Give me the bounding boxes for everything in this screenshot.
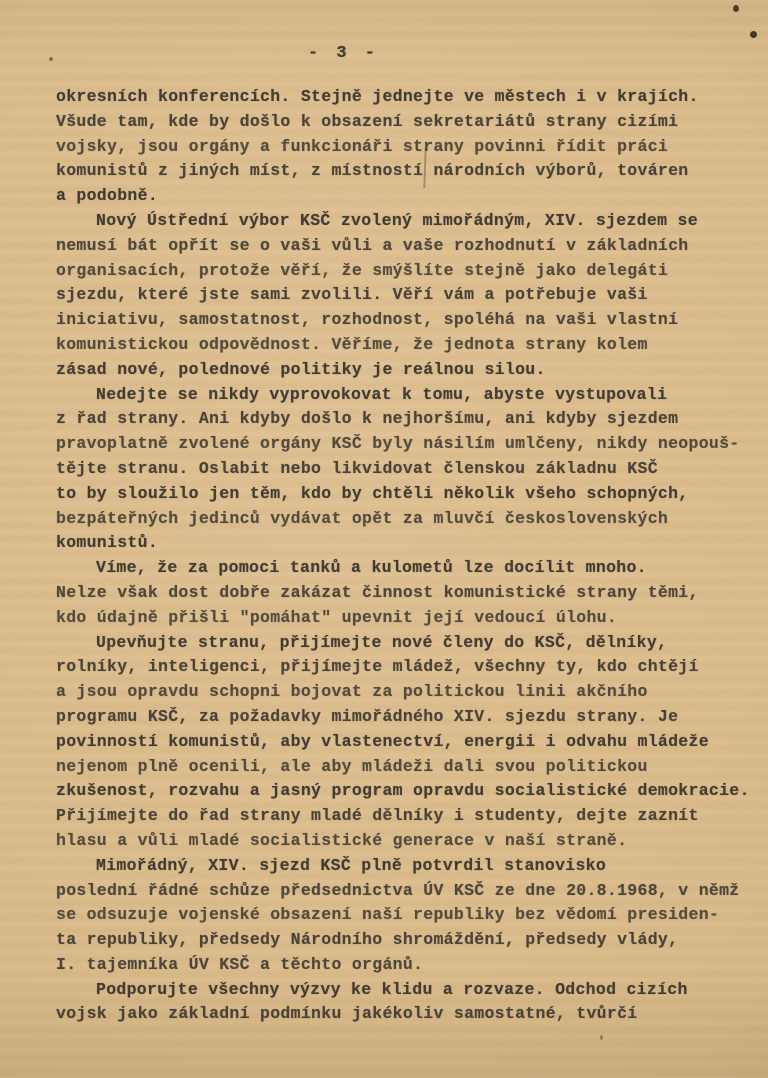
text-line: programu KSČ, za požadavky mimořádného X…	[56, 705, 762, 730]
text-line: Nový Ústřední výbor KSČ zvolený mimořádn…	[56, 209, 762, 234]
text-line: se odsuzuje vojenské obsazení naší repub…	[56, 903, 762, 928]
text-line: rolníky, inteligenci, přijímejte mládež,…	[56, 655, 762, 680]
text-line: sjezdu, které jste sami zvolili. Věří vá…	[56, 283, 762, 308]
text-line: tějte stranu. Oslabit nebo likvidovat čl…	[56, 457, 762, 482]
text-line: vojsky, jsou orgány a funkcionáři strany…	[56, 135, 762, 160]
paragraph: Podporujte všechny výzvy ke klidu a rozv…	[56, 978, 762, 1028]
text-line: komunistů z jiných míst, z místností nár…	[56, 159, 762, 184]
document-page: - 3 - okresních konferencích. Stejně jed…	[0, 0, 768, 1078]
text-line: zásad nové, polednové politiky je reálno…	[56, 358, 762, 383]
text-line: okresních konferencích. Stejně jednejte …	[56, 85, 762, 110]
text-line: hlasu a vůli mladé socialistické generac…	[56, 829, 762, 854]
text-line: Víme, že za pomoci tanků a kulometů lze …	[56, 556, 762, 581]
text-line: Všude tam, kde by došlo k obsazení sekre…	[56, 110, 762, 135]
text-line: Nedejte se nikdy vyprovokovat k tomu, ab…	[56, 383, 762, 408]
text-line: nejenom plně ocenili, ale aby mládeži da…	[56, 755, 762, 780]
paragraph: Upevňujte stranu, přijímejte nové členy …	[56, 631, 762, 854]
text-line: ta republiky, předsedy Národního shromáž…	[56, 928, 762, 953]
text-line: a podobně.	[56, 184, 762, 209]
text-line: Mimořádný, XIV. sjezd KSČ plně potvrdil …	[56, 854, 762, 879]
text-line: vojsk jako základní podmínku jakékoliv s…	[56, 1002, 762, 1027]
text-line: organisacích, protože věří, že smýšlíte …	[56, 259, 762, 284]
paragraph: okresních konferencích. Stejně jednejte …	[56, 85, 762, 209]
ink-speck	[600, 1035, 603, 1040]
document-body: okresních konferencích. Stejně jednejte …	[56, 85, 762, 1027]
text-line: to by sloužilo jen těm, kdo by chtěli ně…	[56, 482, 762, 507]
text-line: bezpáteřných jedinců vydávat opět za mlu…	[56, 507, 762, 532]
text-line: iniciativu, samostatnost, rozhodnost, sp…	[56, 308, 762, 333]
text-line: Upevňujte stranu, přijímejte nové členy …	[56, 631, 762, 656]
text-line: komunistů.	[56, 531, 762, 556]
text-line: a jsou opravdu schopni bojovat za politi…	[56, 680, 762, 705]
text-line: povinností komunistů, aby vlastenectví, …	[56, 730, 762, 755]
ink-speck	[49, 57, 53, 61]
paragraph: Nový Ústřední výbor KSČ zvolený mimořádn…	[56, 209, 762, 383]
ink-speck	[733, 5, 739, 12]
paragraph: Víme, že za pomoci tanků a kulometů lze …	[56, 556, 762, 630]
text-line: kdo údajně přišli "pomáhat" upevnit její…	[56, 606, 762, 631]
text-line: poslední řádné schůze předsednictva ÚV K…	[56, 879, 762, 904]
text-line: komunistickou odpovědnost. Věříme, že je…	[56, 333, 762, 358]
ink-speck	[750, 31, 757, 38]
text-line: pravoplatně zvolené orgány KSČ byly nási…	[56, 432, 762, 457]
paragraph: Mimořádný, XIV. sjezd KSČ plně potvrdil …	[56, 854, 762, 978]
page-number: - 3 -	[308, 44, 379, 63]
text-line: z řad strany. Ani kdyby došlo k nejhorší…	[56, 407, 762, 432]
text-line: I. tajemníka ÚV KSČ a těchto orgánů.	[56, 953, 762, 978]
text-line: Nelze však dost dobře zakázat činnost ko…	[56, 581, 762, 606]
text-line: nemusí bát opřít se o vaši vůli a vaše r…	[56, 234, 762, 259]
paragraph: Nedejte se nikdy vyprovokovat k tomu, ab…	[56, 383, 762, 557]
text-line: zkušenost, rozvahu a jasný program oprav…	[56, 779, 762, 804]
text-line: Podporujte všechny výzvy ke klidu a rozv…	[56, 978, 762, 1003]
text-line: Přijímejte do řad strany mladé dělníky i…	[56, 804, 762, 829]
